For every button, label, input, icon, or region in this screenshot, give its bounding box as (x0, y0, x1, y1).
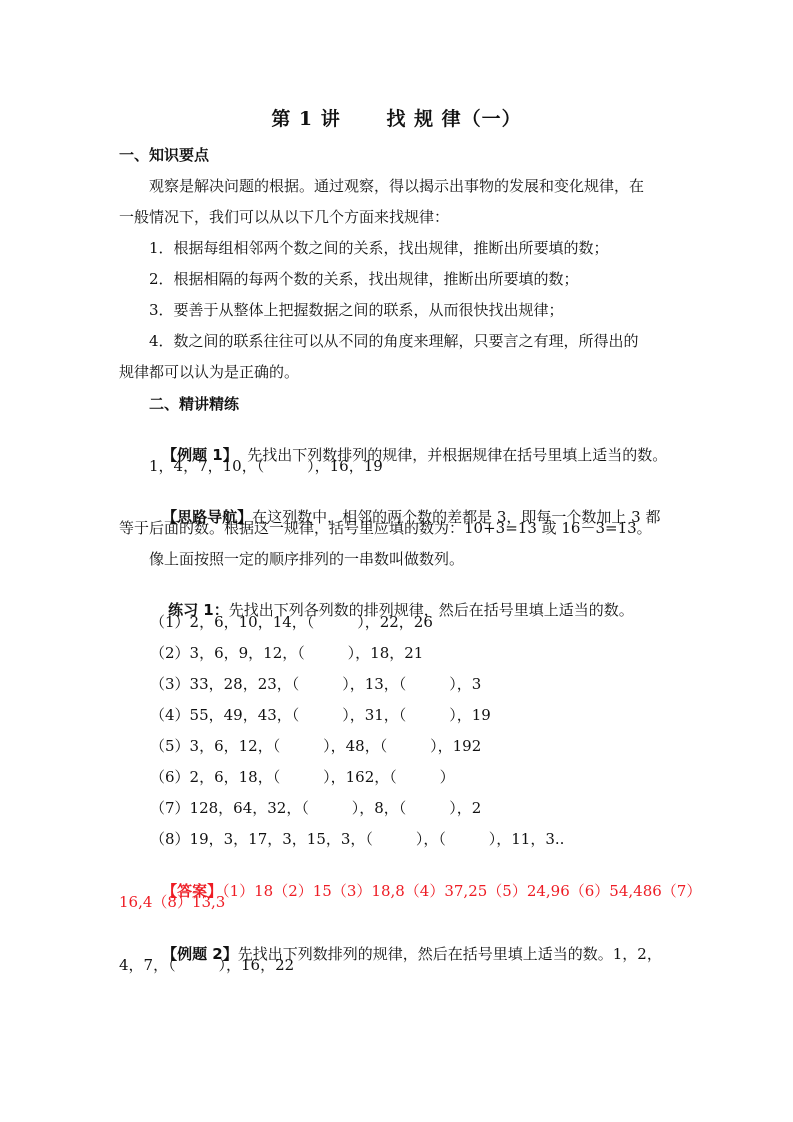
exercise-item-2: （2）3，6，9，12，（ ），18，21 (150, 643, 423, 663)
point-3: 3．要善于从整体上把握数据之间的联系，从而很快找出规律； (149, 300, 564, 320)
point-4: 4．数之间的联系往往可以从不同的角度来理解，只要言之有理，所得出的 (149, 331, 639, 351)
section-heading-practice: 二、精讲精练 (149, 394, 239, 414)
intro-paragraph-line-1: 观察是解决问题的根据。通过观察，得以揭示出事物的发展和变化规律，在 (149, 176, 644, 196)
definition-text: 像上面按照一定的顺序排列的一串数叫做数列。 (149, 549, 464, 569)
exercise-item-5: （5）3，6，12，（ ），48，（ ），192 (150, 736, 481, 756)
exercise-item-4: （4）55，49，43，（ ），31，（ ），19 (150, 705, 491, 725)
example-2-prompt: 【例题 2】先找出下列数排列的规律，然后在括号里填上适当的数。1，2， (143, 924, 662, 984)
exercise-item-8: （8）19，3，17，3，15，3，（ ），（ ），11，3.. (150, 829, 564, 849)
exercise-item-3: （3）33，28，23，（ ），13，（ ），3 (150, 674, 481, 694)
exercise-item-1: （1）2，6，10，14，（ ），22，26 (150, 612, 433, 632)
document-page: 第 1 讲 找 规 律（一） 一、知识要点 观察是解决问题的根据。通过观察，得以… (0, 0, 793, 1122)
point-2: 2．根据相隔的每两个数的关系，找出规律，推断出所要填的数； (149, 269, 579, 289)
answer-line-2: 16,4（8）13,3 (119, 892, 225, 912)
answer-line-1: 【答案】（1）18（2）15（3）18,8（4）37,25（5）24,96（6）… (143, 861, 701, 921)
point-4-continued: 规律都可以认为是正确的。 (119, 362, 299, 382)
example-2-sequence: 4，7，（ ），16，22 (119, 955, 294, 975)
section-heading-knowledge: 一、知识要点 (119, 145, 209, 165)
example-2-text: 先找出下列数排列的规律，然后在括号里填上适当的数。1，2， (238, 945, 662, 963)
hint-line-1: 【思路导航】在这列数中，相邻的两个数的差都是 3，即每一个数加上 3 都 (143, 487, 661, 547)
example-1-prompt: 【例题 1】 先找出下列数排列的规律，并根据规律在括号里填上适当的数。 (143, 425, 667, 485)
example-1-sequence: 1，4，7，10，（ ），16，19 (149, 456, 383, 476)
hint-line-2: 等于后面的数。根据这一规律，括号里应填的数为：10+3=13 或 16－3=13… (119, 518, 652, 538)
exercise-item-6: （6）2，6，18，（ ），162，（ ） (150, 767, 455, 787)
exercise-item-7: （7）128，64，32，（ ），8，（ ），2 (150, 798, 481, 818)
point-1: 1．根据每组相邻两个数之间的关系，找出规律，推断出所要填的数； (149, 238, 609, 258)
intro-paragraph-line-2: 一般情况下，我们可以从以下几个方面来找规律： (119, 207, 449, 227)
page-title: 第 1 讲 找 规 律（一） (0, 104, 793, 131)
answer-text: （1）18（2）15（3）18,8（4）37,25（5）24,96（6）54,4… (222, 882, 701, 900)
